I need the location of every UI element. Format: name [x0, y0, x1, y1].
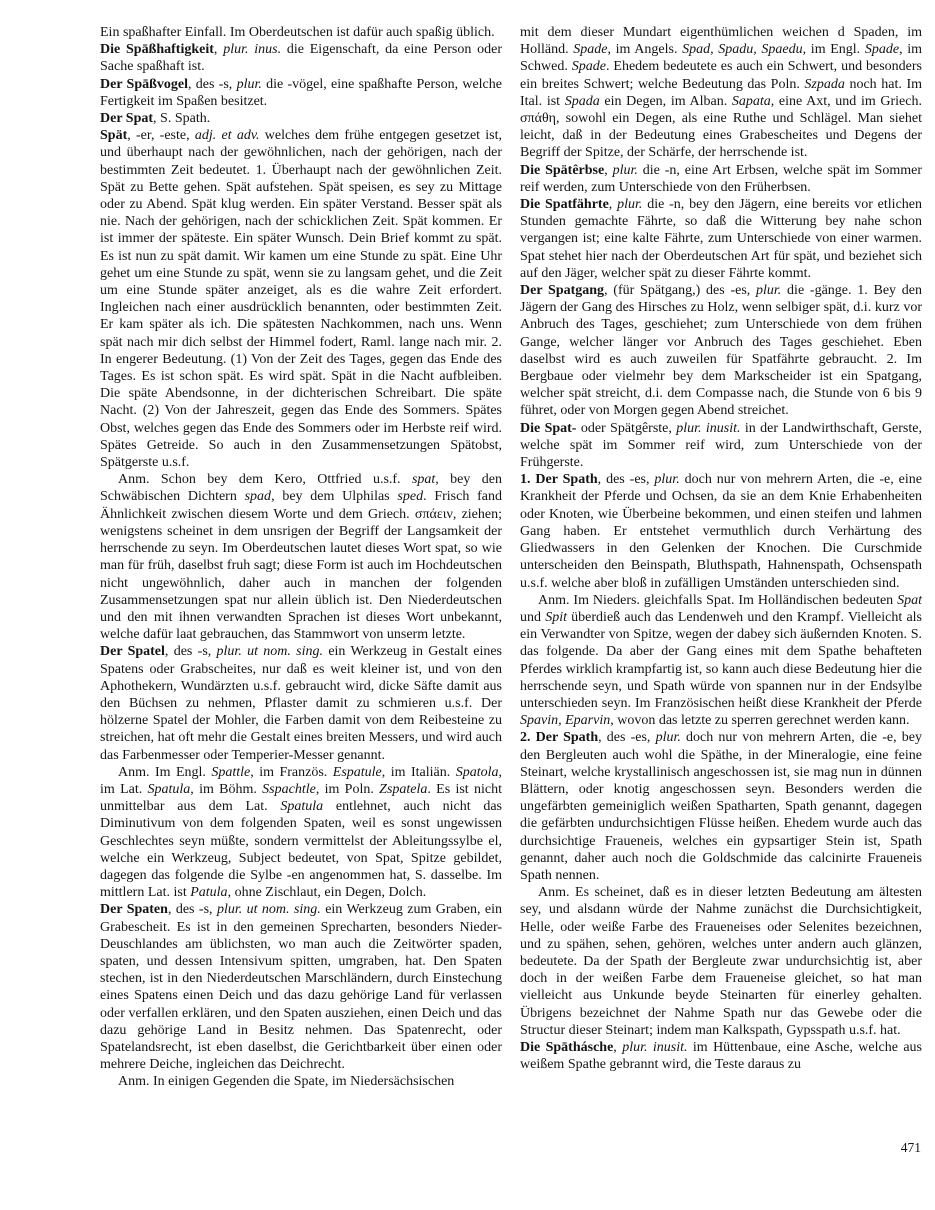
grammar-label: Spatula: [280, 799, 323, 814]
grammar-label: adj. et adv.: [195, 128, 260, 143]
grammar-label: Sspachtle: [262, 782, 316, 797]
text-run: ,: [613, 1040, 622, 1055]
grammar-label: Zspatela: [379, 782, 427, 797]
text-run: ein Degen, im Alban.: [600, 94, 732, 109]
anm-spatel: Anm. Im Engl. Spattle, im Französ. Espat…: [100, 764, 502, 902]
text-run: überdieß auch das Lendenweh und den Kram…: [520, 610, 922, 711]
entry-spath-1: 1. Der Spath, des -es, plur. doch nur vo…: [520, 471, 922, 591]
grammar-label: Spat: [897, 593, 922, 608]
headword: Spät: [100, 128, 127, 143]
text-run: , wovon das letzte zu sperren gerechnet …: [610, 713, 909, 728]
entry-spaten: Der Spaten, des -s, plur. ut nom. sing. …: [100, 901, 502, 1073]
text-run: , S. Spath.: [153, 111, 210, 126]
text-run: Anm. Im Engl.: [118, 765, 211, 780]
anm-spaten-start: Anm. In einigen Gegenden die Spate, im N…: [100, 1073, 502, 1090]
continuation-paragraph: Ein spaßhafter Einfall. Im Oberdeutschen…: [100, 24, 502, 41]
text-run: doch nur von mehrern Arten, die -e, bey …: [520, 730, 922, 883]
headword: Die Spatfährte: [520, 197, 609, 212]
text-run: ,: [609, 197, 617, 212]
entry-spatel: Der Spatel, des -s, plur. ut nom. sing. …: [100, 643, 502, 763]
grammar-label: Espatule: [333, 765, 382, 780]
grammar-label: spat: [412, 472, 435, 487]
grammar-label: Sapata: [732, 94, 771, 109]
grammar-label: Spade: [572, 59, 606, 74]
grammar-label: plur.: [656, 730, 681, 745]
text-run: , des -s,: [188, 77, 237, 92]
headword: Die Spätêrbse: [520, 163, 604, 178]
text-run: , ohne Zischlaut, ein Degen, Dolch.: [228, 885, 427, 900]
entry-spassvogel: Der Spāßvogel, des -s, plur. die -vögel,…: [100, 76, 502, 110]
text-run: welches dem frühe entgegen gesetzet ist,…: [100, 128, 502, 470]
text-run: Anm. Im Nieders. gleichfalls Spat. Im Ho…: [538, 593, 897, 608]
grammar-label: plur. inus.: [223, 42, 281, 57]
anm-spaet: Anm. Schon bey dem Kero, Ottfried u.s.f.…: [100, 471, 502, 643]
grammar-label: Spade: [573, 42, 607, 57]
text-run: oder Spätgêrste,: [576, 421, 676, 436]
grammar-label: plur.: [613, 163, 638, 178]
headword: Die Spāßhaftigkeit: [100, 42, 214, 57]
headword: Der Spat: [100, 111, 153, 126]
grammar-label: Spada: [565, 94, 600, 109]
grammar-label: spad: [245, 489, 271, 504]
text-run: Anm. In einigen Gegenden die Spate, im N…: [118, 1074, 454, 1089]
grammar-label: Spit: [545, 610, 567, 625]
grammar-label: plur. ut nom. sing.: [217, 644, 323, 659]
left-column: Ein spaßhafter Einfall. Im Oberdeutschen…: [100, 24, 502, 1091]
text-run: , des -s,: [165, 644, 217, 659]
grammar-label: Spatula: [148, 782, 191, 797]
text-run: , des -s,: [168, 902, 217, 917]
anm-spaten-continuation: mit dem dieser Mundart eigenthümlichen w…: [520, 24, 922, 162]
entry-spatfaehrte: Die Spatfährte, plur. die -n, bey den Jä…: [520, 196, 922, 282]
grammar-label: plur. inusit.: [622, 1040, 687, 1055]
text-run: , im Italiän.: [382, 765, 456, 780]
grammar-label: sped: [397, 489, 423, 504]
text-run: , -er, -este,: [127, 128, 195, 143]
grammar-label: Spatola: [456, 765, 499, 780]
text-run: , des -es,: [598, 472, 655, 487]
text-run: doch nur von mehrern Arten, die -e, eine…: [520, 472, 922, 590]
entry-spasshaftigkeit: Die Spāßhaftigkeit, plur. inus. die Eige…: [100, 41, 502, 75]
headword: Die Spāthásche: [520, 1040, 613, 1055]
text-run: ein Werkzeug in Gestalt eines Spatens od…: [100, 644, 502, 762]
grammar-label: plur. ut nom. sing.: [217, 902, 321, 917]
grammar-label: Spad, Spadu, Spaedu: [682, 42, 803, 57]
grammar-label: plur.: [654, 472, 679, 487]
text-run: , im Poln.: [316, 782, 379, 797]
headword: Der Spaten: [100, 902, 168, 917]
entry-spath-2: 2. Der Spath, des -es, plur. doch nur vo…: [520, 729, 922, 884]
text-run: ,: [604, 163, 612, 178]
text-run: , (für Spätgang,) des -es,: [604, 283, 756, 298]
headword: 1. Der Spath: [520, 472, 598, 487]
entry-spaeterbse: Die Spätêrbse, plur. die -n, eine Art Er…: [520, 162, 922, 196]
text-run: , bey dem Ulphilas: [271, 489, 397, 504]
grammar-label: Spade: [865, 42, 899, 57]
entry-spatgerste: Die Spat- oder Spätgêrste, plur. inusit.…: [520, 420, 922, 472]
grammar-label: plur.: [756, 283, 781, 298]
text-run: Anm. Es scheinet, daß es in dieser letzt…: [520, 885, 922, 1038]
entry-spat: Der Spat, S. Spath.: [100, 110, 502, 127]
headword: Der Spatgang: [520, 283, 604, 298]
text-run: , im Französ.: [250, 765, 333, 780]
headword: Die Spat-: [520, 421, 576, 436]
text-run: ein Werkzeug zum Graben, ein Grabescheit…: [100, 902, 502, 1072]
dictionary-page: Ein spaßhafter Einfall. Im Oberdeutschen…: [100, 24, 923, 1091]
grammar-label: Szpada: [804, 77, 844, 92]
text-run: . Frisch fand Ähnlichkeit zwischen diese…: [100, 489, 502, 642]
text-run: , im Böhm.: [190, 782, 262, 797]
anm-spath-2: Anm. Es scheinet, daß es in dieser letzt…: [520, 884, 922, 1039]
entry-spatgang: Der Spatgang, (für Spätgang,) des -es, p…: [520, 282, 922, 420]
text-run: und: [520, 610, 545, 625]
text-run: Ein spaßhafter Einfall. Im Oberdeutschen…: [100, 25, 495, 40]
text-run: ,: [214, 42, 223, 57]
headword: 2. Der Spath: [520, 730, 598, 745]
grammar-label: Patula: [190, 885, 227, 900]
grammar-label: plur.: [237, 77, 262, 92]
entry-spathasche: Die Spāthásche, plur. inusit. im Hüttenb…: [520, 1039, 922, 1073]
grammar-label: plur. inusit.: [676, 421, 740, 436]
text-run: , im Engl.: [803, 42, 865, 57]
grammar-label: plur.: [617, 197, 642, 212]
anm-spath-1: Anm. Im Nieders. gleichfalls Spat. Im Ho…: [520, 592, 922, 730]
text-run: Anm. Schon bey dem Kero, Ottfried u.s.f.: [118, 472, 412, 487]
headword: Der Spāßvogel: [100, 77, 188, 92]
entry-spaet: Spät, -er, -este, adj. et adv. welches d…: [100, 127, 502, 471]
grammar-label: Spattle: [211, 765, 250, 780]
headword: Der Spatel: [100, 644, 165, 659]
grammar-label: Spavin, Eparvin: [520, 713, 610, 728]
page-number: 471: [901, 1140, 921, 1156]
text-run: , im Angels.: [607, 42, 682, 57]
text-run: , des -es,: [598, 730, 655, 745]
right-column: mit dem dieser Mundart eigenthümlichen w…: [520, 24, 922, 1091]
text-run: die -gänge. 1. Bey den Jägern der Gang d…: [520, 283, 922, 418]
